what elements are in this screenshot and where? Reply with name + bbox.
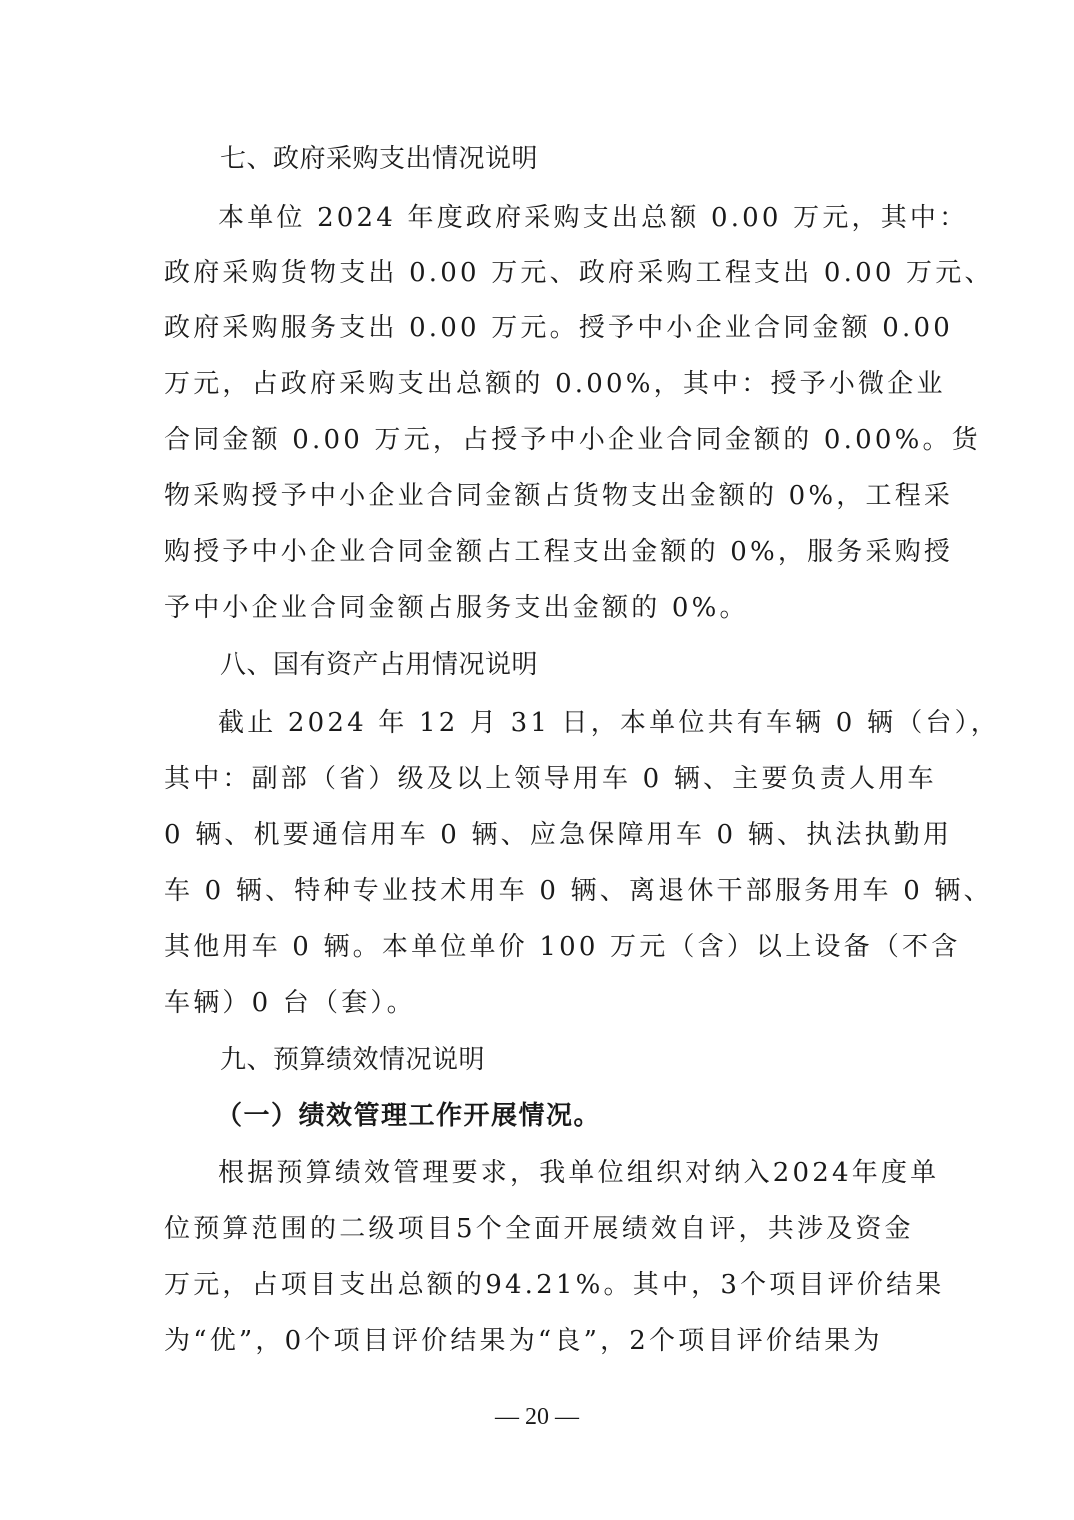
subsection-heading: （一）绩效管理工作开展情况。 — [216, 1096, 966, 1136]
paragraph-line: 政府采购货物支出 0.00 万元、政府采购工程支出 0.00 万元、 — [164, 253, 914, 293]
paragraph-line: 车 0 辆、特种专业技术用车 0 辆、离退休干部服务用车 0 辆、 — [164, 871, 914, 911]
paragraph-line: 根据预算绩效管理要求，我单位组织对纳入2024年度单 — [218, 1153, 914, 1193]
paragraph-line: 合同金额 0.00 万元，占授予中小企业合同金额的 0.00%。货 — [164, 420, 914, 460]
section-heading-8: 八、国有资产占用情况说明 — [220, 645, 970, 685]
paragraph-line: 物采购授予中小企业合同金额占货物支出金额的 0%，工程采 — [164, 476, 914, 516]
paragraph-line: 本单位 2024 年度政府采购支出总额 0.00 万元，其中： — [218, 198, 914, 238]
paragraph-line: 万元，占政府采购支出总额的 0.00%，其中：授予小微企业 — [164, 364, 914, 404]
paragraph-line: 0 辆、机要通信用车 0 辆、应急保障用车 0 辆、执法执勤用 — [164, 815, 914, 855]
paragraph-line: 其他用车 0 辆。本单位单价 100 万元（含）以上设备（不含 — [164, 927, 914, 967]
paragraph-line: 购授予中小企业合同金额占工程支出金额的 0%，服务采购授 — [164, 532, 914, 572]
paragraph-line: 为“优”，0个项目评价结果为“良”，2个项目评价结果为 — [164, 1321, 914, 1361]
paragraph-line: 万元，占项目支出总额的94.21%。其中，3个项目评价结果 — [164, 1265, 914, 1305]
paragraph-line: 截止 2024 年 12 月 31 日，本单位共有车辆 0 辆（台）， — [218, 703, 914, 743]
paragraph-line: 予中小企业合同金额占服务支出金额的 0%。 — [164, 588, 914, 628]
paragraph-line: 其中：副部（省）级及以上领导用车 0 辆、主要负责人用车 — [164, 759, 914, 799]
paragraph-line: 位预算范围的二级项目5个全面开展绩效自评，共涉及资金 — [164, 1209, 914, 1249]
section-heading-9: 九、预算绩效情况说明 — [220, 1040, 970, 1080]
paragraph-line: 车辆）0 台（套）。 — [164, 983, 914, 1023]
page-number: — 20 — — [0, 1404, 1074, 1431]
section-heading-7: 七、政府采购支出情况说明 — [220, 139, 970, 179]
paragraph-line: 政府采购服务支出 0.00 万元。授予中小企业合同金额 0.00 — [164, 308, 914, 348]
